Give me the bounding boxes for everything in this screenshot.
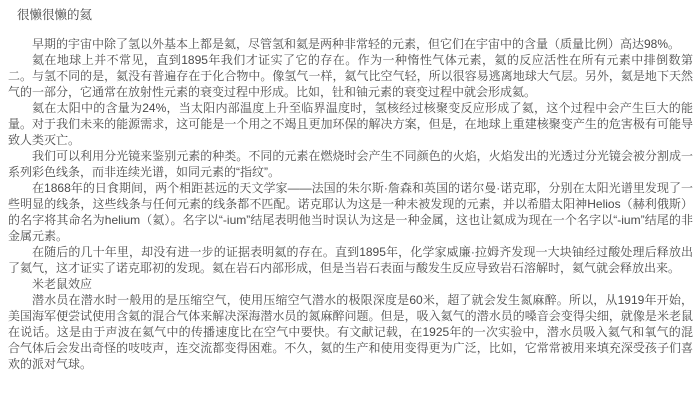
paragraph-1868-eclipse: 在1868年的日食期间，两个相距甚远的天文学家——法国的朱尔斯·詹森和英国的诺尔… — [8, 180, 693, 244]
document-title: 很懒很懒的氦 — [0, 0, 700, 23]
paragraph-helium-on-earth: 氦在地球上并不常见，直到1895年我们才证实了它的存在。作为一种惰性气体元素，氦… — [8, 52, 693, 100]
document-body: 早期的宇宙中除了氢以外基本上都是氦，尽管氢和氦是两种非常轻的元素，但它们在宇宙中… — [0, 36, 700, 372]
paragraph-helium-in-sun: 氦在太阳中的含量为24%，当太阳内部温度上升至临界温度时，氢核经过核聚变反应形成… — [8, 100, 693, 148]
section-heading-mickey-mouse-effect: 米老鼠效应 — [8, 276, 693, 292]
paragraph-spectroscope: 我们可以利用分光镜来鉴别元素的种类。不同的元素在燃烧时会产生不同颜色的火焰，火焰… — [8, 148, 693, 180]
paragraph-ramsay-discovery: 在随后的几十年里，却没有进一步的证据表明氦的存在。直到1895年，化学家威廉·拉… — [8, 244, 693, 276]
paragraph-early-universe: 早期的宇宙中除了氢以外基本上都是氦，尽管氢和氦是两种非常轻的元素，但它们在宇宙中… — [8, 36, 693, 52]
document-page: 很懒很懒的氦 早期的宇宙中除了氢以外基本上都是氦，尽管氢和氦是两种非常轻的元素，… — [0, 0, 700, 400]
paragraph-divers-helium: 潜水员在潜水时一般用的是压缩空气，使用压缩空气潜水的极限深度是60米，超了就会发… — [8, 292, 693, 372]
